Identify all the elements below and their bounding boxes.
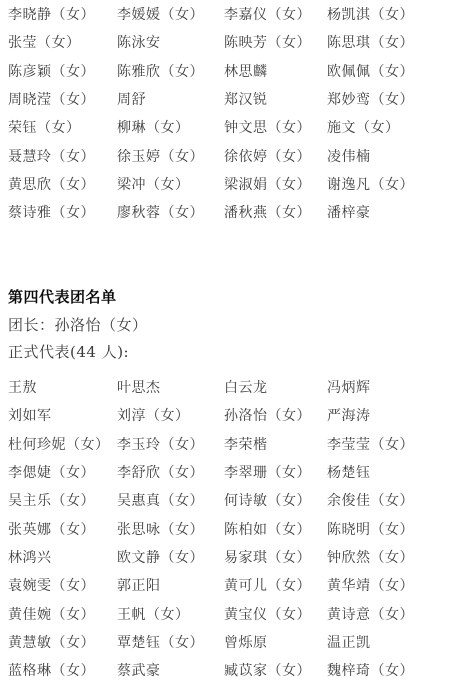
name-cell: 黄慧敏（女） [8,632,117,652]
name-cell: 李玉玲（女） [117,434,224,454]
name-cell: 欧文静（女） [117,547,224,567]
name-cell: 蓝格琳（女） [8,660,117,680]
name-cell: 李翠珊（女） [224,462,327,482]
name-cell: 梁淑娟（女） [224,174,327,194]
name-cell: 臧苡家（女） [224,660,327,680]
name-cell: 袁婉雯（女） [8,575,117,595]
name-cell: 林鸿兴 [8,547,117,567]
name-cell: 温正凯 [327,632,465,652]
section-title: 第四代表团名单 [8,286,117,307]
name-cell: 周晓滢（女） [8,89,117,109]
name-cell: 钟文思（女） [224,117,327,137]
name-cell: 郭正阳 [117,575,224,595]
name-cell: 张莹（女） [8,32,117,52]
name-cell: 郑妙鸾（女） [327,89,465,109]
name-cell: 冯炳辉 [327,377,465,397]
name-cell: 陈思琪（女） [327,32,465,52]
name-cell: 梁冲（女） [117,174,224,194]
name-cell: 王帆（女） [117,604,224,624]
name-cell: 欧佩佩（女） [327,61,465,81]
name-cell: 吴惠真（女） [117,490,224,510]
delegation-leader-line: 团长：孙洛怡（女） [8,314,148,335]
name-cell: 张英娜（女） [8,519,117,539]
name-cell: 陈柏如（女） [224,519,327,539]
name-cell: 潘秋燕（女） [224,202,327,222]
name-cell: 李偲婕（女） [8,462,117,482]
name-cell: 李媛媛（女） [117,4,224,24]
name-cell: 黄诗意（女） [327,604,465,624]
name-cell: 黄佳婉（女） [8,604,117,624]
name-cell: 黄思欣（女） [8,174,117,194]
name-cell: 王敖 [8,377,117,397]
name-cell: 李莹莹（女） [327,434,465,454]
name-cell: 蔡武豪 [117,660,224,680]
name-cell: 荣钰（女） [8,117,117,137]
name-cell: 魏梓琦（女） [327,660,465,680]
document-page: 李晓静（女）李媛媛（女）李嘉仪（女）杨凯淇（女）张莹（女）陈泳安陈映芳（女）陈思… [0,0,465,698]
name-cell: 李晓静（女） [8,4,117,24]
name-cell: 施文（女） [327,117,465,137]
name-cell: 覃楚钰（女） [117,632,224,652]
name-cell: 陈映芳（女） [224,32,327,52]
name-cell: 蔡诗雅（女） [8,202,117,222]
name-cell: 黄宝仪（女） [224,604,327,624]
name-cell: 林思麟 [224,61,327,81]
official-representatives-line: 正式代表(44 人): [8,341,129,362]
name-cell: 黄可儿（女） [224,575,327,595]
name-cell: 孙洛怡（女） [224,405,327,425]
name-cell: 李荣楷 [224,434,327,454]
name-cell: 何诗敏（女） [224,490,327,510]
name-cell: 周舒 [117,89,224,109]
name-cell: 杨楚钰 [327,462,465,482]
name-cell: 潘梓豪 [327,202,465,222]
name-cell: 钟欣然（女） [327,547,465,567]
name-cell: 陈晓明（女） [327,519,465,539]
name-cell: 严海涛 [327,405,465,425]
name-cell: 郑汉锐 [224,89,327,109]
lower-name-list: 王敖叶思杰白云龙冯炳辉刘如军刘淳（女）孙洛怡（女）严海涛杜何珍妮（女）李玉玲（女… [0,373,465,684]
name-cell: 余俊佳（女） [327,490,465,510]
name-cell: 陈雅欣（女） [117,61,224,81]
name-cell: 杜何珍妮（女） [8,434,117,454]
name-cell: 柳琳（女） [117,117,224,137]
name-cell: 李舒欣（女） [117,462,224,482]
name-cell: 聂慧玲（女） [8,146,117,166]
name-cell: 徐玉婷（女） [117,146,224,166]
name-cell: 叶思杰 [117,377,224,397]
name-cell: 易家琪（女） [224,547,327,567]
name-cell: 杨凯淇（女） [327,4,465,24]
name-cell: 谢逸凡（女） [327,174,465,194]
name-cell: 陈彦颖（女） [8,61,117,81]
name-cell: 黄华靖（女） [327,575,465,595]
name-cell: 张思咏（女） [117,519,224,539]
name-cell: 陈泳安 [117,32,224,52]
upper-name-list: 李晓静（女）李媛媛（女）李嘉仪（女）杨凯淇（女）张莹（女）陈泳安陈映芳（女）陈思… [0,0,465,226]
name-cell: 凌伟楠 [327,146,465,166]
name-cell: 曾烁原 [224,632,327,652]
name-cell: 刘淳（女） [117,405,224,425]
name-cell: 李嘉仪（女） [224,4,327,24]
name-cell: 白云龙 [224,377,327,397]
name-cell: 刘如军 [8,405,117,425]
name-cell: 徐依婷（女） [224,146,327,166]
name-cell: 吴主乐（女） [8,490,117,510]
name-cell: 廖秋蓉（女） [117,202,224,222]
